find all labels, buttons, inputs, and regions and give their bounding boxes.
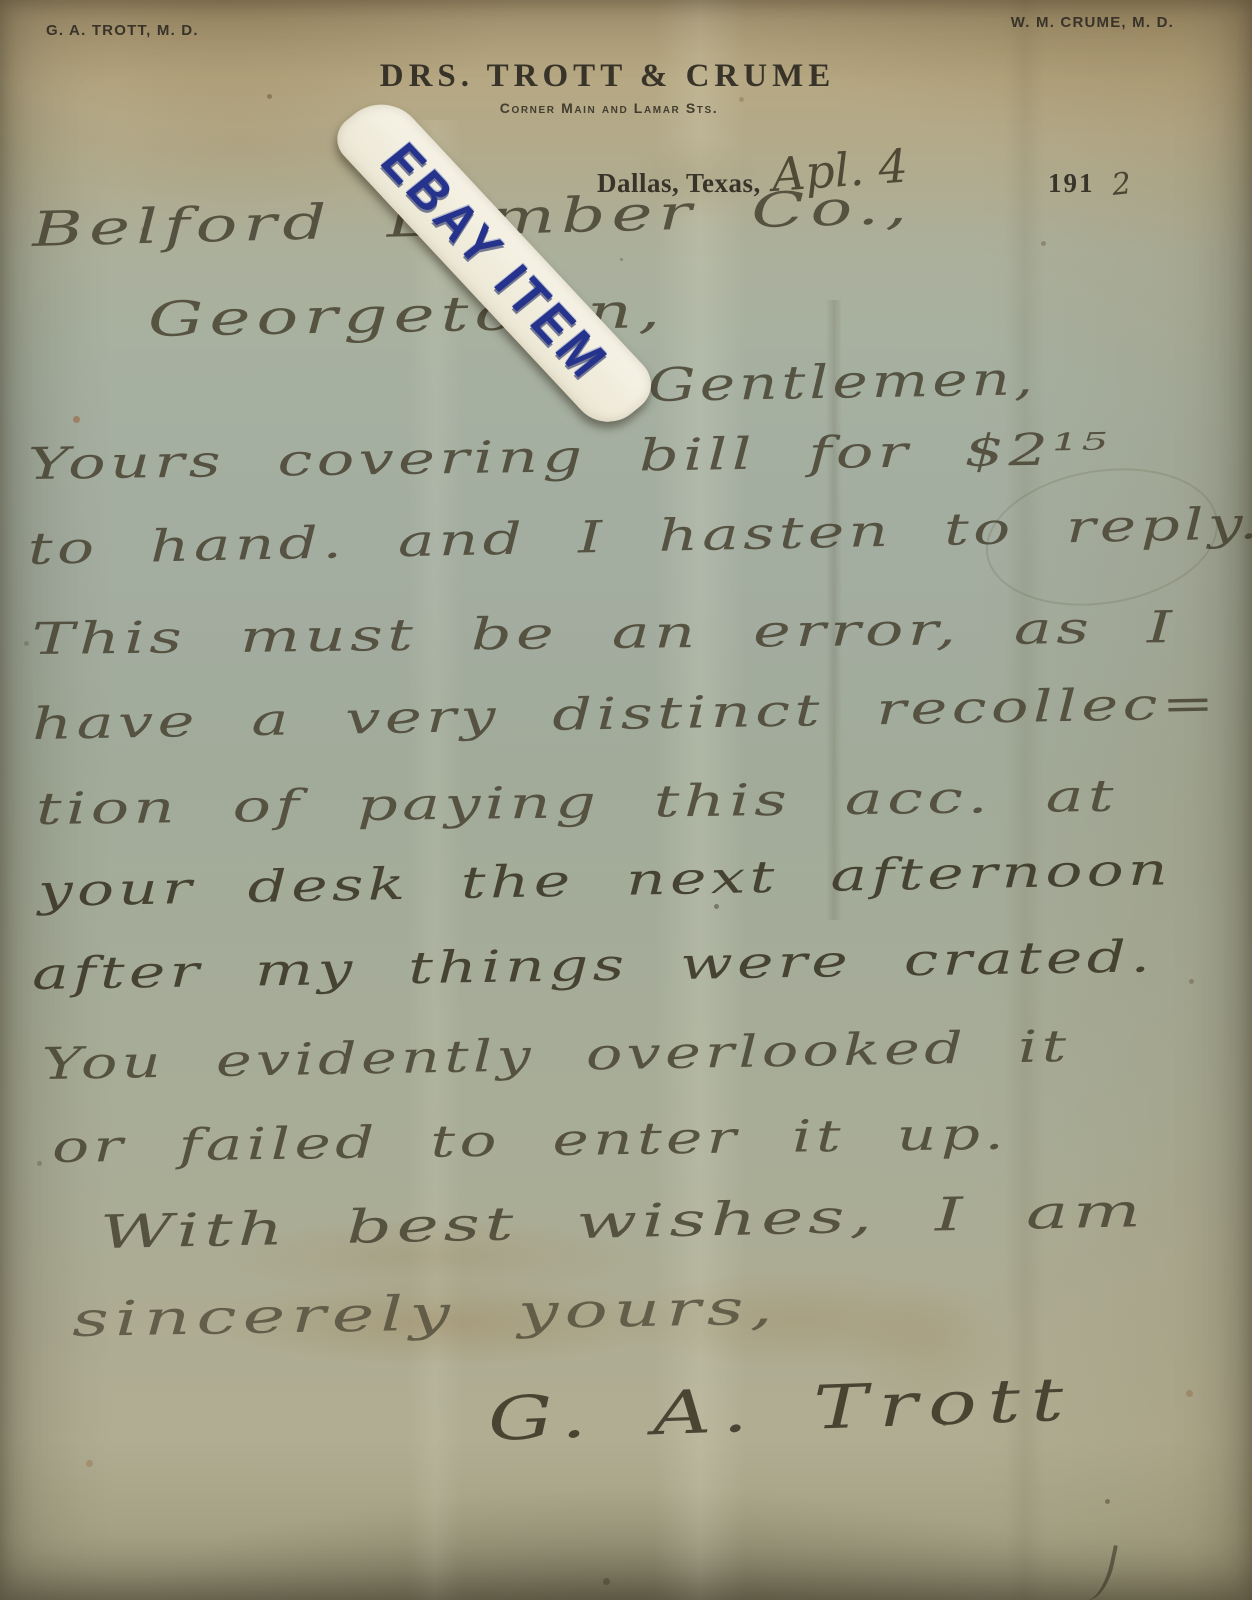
ebay-sticker-label: EBAY ITEM (368, 132, 621, 391)
body-line: Yours covering bill for $2¹⁵ (28, 420, 1112, 495)
scanned-letter-page: G. A. TROTT, M. D. W. M. CRUME, M. D. DR… (0, 0, 1252, 1600)
practice-name: DRS. TROTT & CRUME (0, 58, 1215, 95)
body-line: have a very distinct recollec= (31, 674, 1218, 755)
body-line: after my things were crated. (32, 927, 1155, 1005)
body-line: You evidently overlooked it (41, 1017, 1070, 1095)
closing-line-2: sincerely yours, (72, 1280, 779, 1348)
doctor-name-left: G. A. TROTT, M. D. (46, 22, 199, 39)
body-line: or failed to enter it up. (52, 1105, 1009, 1178)
signature: G. A. Trott (487, 1365, 1076, 1455)
handwritten-year-digit: 2 (1110, 166, 1133, 203)
body-line: This must be an error, as I (32, 598, 1177, 670)
printed-year-prefix: 191 (1048, 168, 1095, 199)
closing-line-1: With best wishes, I am (99, 1183, 1145, 1259)
body-line: tion of paying this acc. at (36, 767, 1119, 840)
salutation: Gentlemen, (648, 351, 1038, 412)
practice-address: Corner Main and Lamar Sts. (0, 100, 1218, 116)
stray-pen-mark (1076, 1540, 1118, 1600)
body-line: your desk the next afternoon (37, 840, 1172, 922)
doctor-name-right: W. M. CRUME, M. D. (1011, 14, 1174, 31)
ebay-sticker: EBAY ITEM (326, 89, 663, 435)
body-line: to hand. and I hasten to reply.- (27, 494, 1252, 580)
